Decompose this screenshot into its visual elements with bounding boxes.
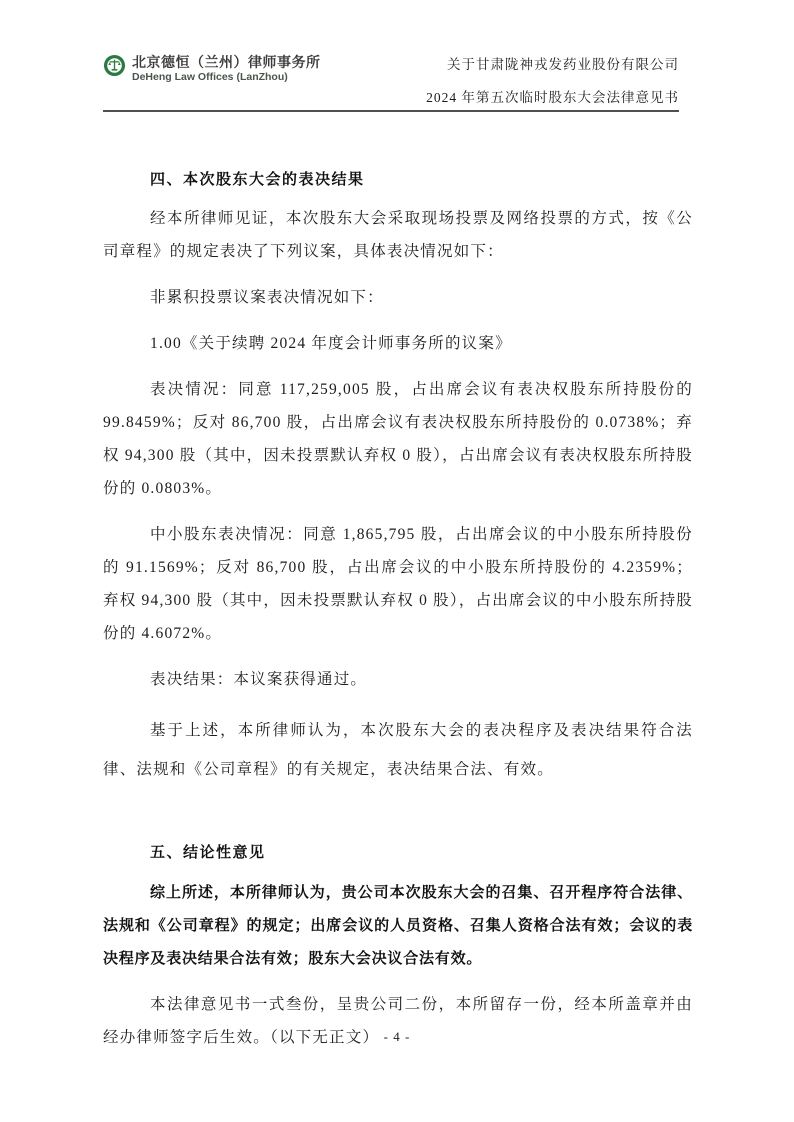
law-firm-logo: 北京德恒（兰州）律师事务所 DeHeng Law Offices (LanZho…: [103, 52, 321, 84]
page-header: 北京德恒（兰州）律师事务所 DeHeng Law Offices (LanZho…: [103, 52, 679, 112]
firm-name-cn: 北京德恒（兰州）律师事务所: [132, 54, 321, 71]
page-number: - 4 -: [0, 1029, 794, 1045]
paragraph: 表决情况：同意 117,259,005 股，占出席会议有表决权股东所持股份的 9…: [103, 373, 693, 505]
section5-heading: 五、结论性意见: [103, 841, 693, 862]
conclusion-paragraph: 综上所述，本所律师认为，贵公司本次股东大会的召集、召开程序符合法律、法规和《公司…: [103, 876, 693, 975]
paragraph: 表决结果：本议案获得通过。: [103, 663, 693, 696]
document-title-line2: 2024 年第五次临时股东大会法律意见书: [426, 89, 679, 106]
paragraph: 1.00《关于续聘 2024 年度会计师事务所的议案》: [103, 327, 693, 360]
paragraph: 基于上述，本所律师认为，本次股东大会的表决程序及表决结果符合法律、法规和《公司章…: [103, 711, 693, 789]
paragraph: 非累积投票议案表决情况如下：: [103, 281, 693, 314]
firm-name-en: DeHeng Law Offices (LanZhou): [132, 71, 321, 84]
section4-heading: 四、本次股东大会的表决结果: [103, 168, 693, 189]
document-title-line1: 关于甘肃陇神戎发药业股份有限公司: [426, 56, 679, 73]
paragraph: 中小股东表决情况：同意 1,865,795 股，占出席会议的中小股东所持股份的 …: [103, 518, 693, 650]
document-title-block: 关于甘肃陇神戎发药业股份有限公司 2024 年第五次临时股东大会法律意见书: [426, 52, 679, 106]
scales-of-justice-icon: [103, 54, 126, 77]
header-divider: [103, 110, 679, 112]
paragraph: 经本所律师见证，本次股东大会采取现场投票及网络投票的方式，按《公司章程》的规定表…: [103, 202, 693, 268]
legal-opinion-page: 北京德恒（兰州）律师事务所 DeHeng Law Offices (LanZho…: [0, 0, 794, 1122]
document-body: 四、本次股东大会的表决结果 经本所律师见证，本次股东大会采取现场投票及网络投票的…: [103, 168, 693, 1054]
